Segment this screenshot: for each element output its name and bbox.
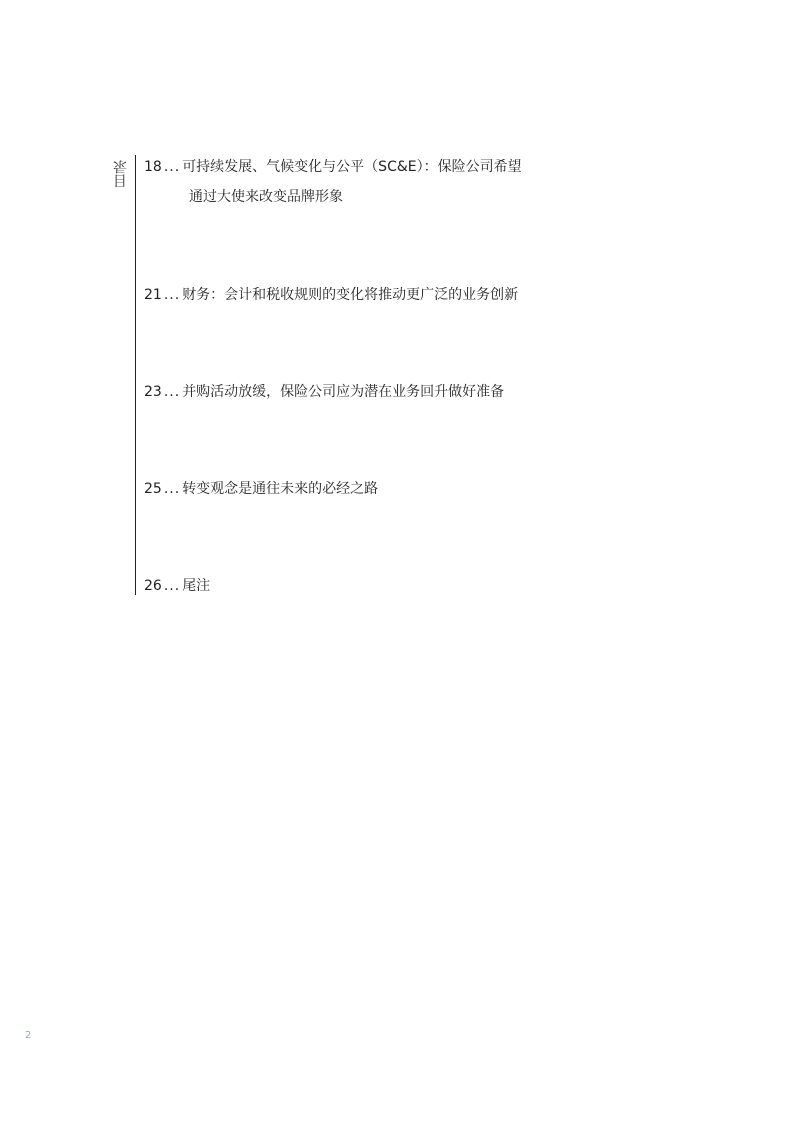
toc-entry-title: 可持续发展、气候变化与公平（SC&E）：保险公司希望 (182, 159, 521, 175)
toc-leader-dots: ... (164, 474, 180, 504)
toc-entry-title: 并购活动放缓，保险公司应为潜在业务回升做好准备 (182, 384, 504, 400)
toc-leader-dots: ... (164, 571, 180, 601)
toc-entry-title: 转变观念是通往未来的必经之路 (182, 481, 378, 497)
toc-divider-line (135, 155, 136, 595)
toc-entry-25[interactable]: 25...转变观念是通往未来的必经之路 (144, 474, 378, 504)
toc-entry-title: 尾注 (182, 578, 210, 594)
toc-heading: 目录 (110, 158, 132, 190)
toc-entry-23[interactable]: 23...并购活动放缓，保险公司应为潜在业务回升做好准备 (144, 377, 504, 407)
toc-page-number: 18 (144, 152, 162, 182)
toc-leader-dots: ... (164, 152, 180, 182)
toc-page-number: 21 (144, 280, 162, 310)
toc-page-number: 26 (144, 571, 162, 601)
toc-entry-18[interactable]: 18...可持续发展、气候变化与公平（SC&E）：保险公司希望 通过大使来改变品… (144, 152, 522, 212)
toc-leader-dots: ... (164, 377, 180, 407)
toc-entry-21[interactable]: 21...财务：会计和税收规则的变化将推动更广泛的业务创新 (144, 280, 518, 310)
toc-entry-26[interactable]: 26...尾注 (144, 571, 210, 601)
page-number: 2 (25, 1030, 31, 1041)
toc-leader-dots: ... (164, 280, 180, 310)
toc-page-number: 25 (144, 474, 162, 504)
toc-entry-title-continued: 通过大使来改变品牌形象 (144, 182, 522, 212)
toc-page-number: 23 (144, 377, 162, 407)
toc-entry-title: 财务：会计和税收规则的变化将推动更广泛的业务创新 (182, 287, 518, 303)
